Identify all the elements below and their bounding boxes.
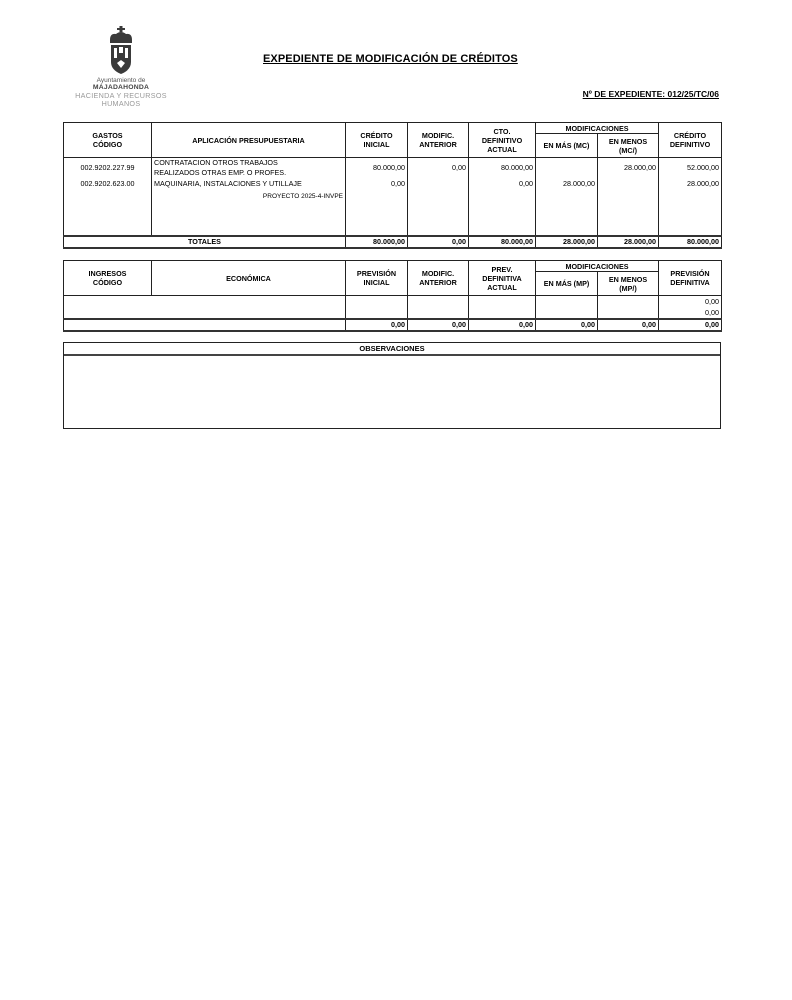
header-credito-inicial: CRÉDITOINICIAL bbox=[346, 123, 408, 158]
row-cto-definitivo: 80.000,00 bbox=[469, 158, 536, 179]
header-prevision-inicial: PREVISIÓNINICIAL bbox=[346, 261, 408, 296]
row-en-menos bbox=[598, 296, 659, 320]
totals-row: TOTALES 80.000,00 0,00 80.000,00 28.000,… bbox=[64, 236, 722, 248]
header-prev-definitiva: PREV.DEFINITIVAACTUAL bbox=[469, 261, 536, 296]
totals-label bbox=[64, 319, 346, 331]
total-prevision-definitiva: 0,00 bbox=[659, 319, 722, 331]
row-aplicacion: MAQUINARIA, INSTALACIONES Y UTILLAJEPROY… bbox=[152, 179, 346, 236]
row-credito-inicial: 80.000,00 bbox=[346, 158, 408, 179]
row-prevision-definitiva: 0,000,00 bbox=[659, 296, 722, 320]
row-credito-definitivo: 28.000,00 bbox=[659, 179, 722, 236]
ingresos-table: INGRESOSCÓDIGO ECONÓMICA PREVISIÓNINICIA… bbox=[63, 260, 722, 332]
row-prevision-inicial bbox=[346, 296, 408, 320]
total-en-mas: 28.000,00 bbox=[536, 236, 598, 248]
row-credito-inicial: 0,00 bbox=[346, 179, 408, 236]
total-modific-anterior: 0,00 bbox=[408, 319, 469, 331]
totals-label: TOTALES bbox=[64, 236, 346, 248]
header-prevision-definitiva: PREVISIÓNDEFINITIVA bbox=[659, 261, 722, 296]
total-prev-definitiva: 0,00 bbox=[469, 319, 536, 331]
row-cto-definitivo: 0,00 bbox=[469, 179, 536, 236]
header-modificaciones: MODIFICACIONES bbox=[536, 123, 659, 134]
logo-line-1: Ayuntamiento de bbox=[64, 77, 178, 84]
total-en-menos: 0,00 bbox=[598, 319, 659, 331]
logo: Ayuntamiento de MAJADAHONDA HACIENDA Y R… bbox=[64, 26, 178, 114]
header-economica: ECONÓMICA bbox=[152, 261, 346, 296]
row-codigo: 002.9202.623.00 bbox=[64, 179, 152, 236]
proyecto-label: PROYECTO 2025-4-INVPE bbox=[154, 192, 343, 202]
total-credito-definitivo: 80.000,00 bbox=[659, 236, 722, 248]
header-credito-definitivo: CRÉDITODEFINITIVO bbox=[659, 123, 722, 158]
row-modific-anterior bbox=[408, 179, 469, 236]
total-en-mas: 0,00 bbox=[536, 319, 598, 331]
row-en-menos bbox=[598, 179, 659, 236]
total-en-menos: 28.000,00 bbox=[598, 236, 659, 248]
header-gastos-codigo: GASTOSCÓDIGO bbox=[64, 123, 152, 158]
row-codigo: 002.9202.227.99 bbox=[64, 158, 152, 179]
total-cto-definitivo: 80.000,00 bbox=[469, 236, 536, 248]
header-modific-anterior: MODIFIC.ANTERIOR bbox=[408, 123, 469, 158]
table-row: 0,000,00 bbox=[64, 296, 722, 320]
row-economica bbox=[64, 296, 346, 320]
row-en-mas: 28.000,00 bbox=[536, 179, 598, 236]
row-credito-definitivo: 52.000,00 bbox=[659, 158, 722, 179]
table-row: 002.9202.227.99 CONTRATACION OTROS TRABA… bbox=[64, 158, 722, 179]
observaciones-header: OBSERVACIONES bbox=[64, 343, 720, 356]
row-en-mas bbox=[536, 296, 598, 320]
header-en-mas: EN MÁS (MP) bbox=[536, 272, 598, 296]
observaciones-box: OBSERVACIONES bbox=[63, 342, 721, 429]
row-modific-anterior: 0,00 bbox=[408, 158, 469, 179]
row-aplicacion: CONTRATACION OTROS TRABAJOSREALIZADOS OT… bbox=[152, 158, 346, 179]
logo-line-4: HUMANOS bbox=[64, 100, 178, 108]
header-cto-definitivo: CTO.DEFINITIVOACTUAL bbox=[469, 123, 536, 158]
row-prev-definitiva bbox=[469, 296, 536, 320]
coat-of-arms-icon bbox=[106, 26, 136, 76]
total-modific-anterior: 0,00 bbox=[408, 236, 469, 248]
header-ingresos-codigo: INGRESOSCÓDIGO bbox=[64, 261, 152, 296]
row-en-menos: 28.000,00 bbox=[598, 158, 659, 179]
total-prevision-inicial: 0,00 bbox=[346, 319, 408, 331]
header-en-menos: EN MENOS(MC/) bbox=[598, 134, 659, 158]
gastos-table: GASTOSCÓDIGO APLICACIÓN PRESUPUESTARIA C… bbox=[63, 122, 722, 249]
totals-row: 0,00 0,00 0,00 0,00 0,00 0,00 bbox=[64, 319, 722, 331]
header-modificaciones: MODIFICACIONES bbox=[536, 261, 659, 272]
expediente-number: Nº DE EXPEDIENTE: 012/25/TC/06 bbox=[583, 89, 719, 99]
row-en-mas bbox=[536, 158, 598, 179]
header-modific-anterior: MODIFIC.ANTERIOR bbox=[408, 261, 469, 296]
header-aplicacion: APLICACIÓN PRESUPUESTARIA bbox=[152, 123, 346, 158]
header-en-mas: EN MÁS (MC) bbox=[536, 134, 598, 158]
table-row: 002.9202.623.00 MAQUINARIA, INSTALACIONE… bbox=[64, 179, 722, 236]
row-modific-anterior bbox=[408, 296, 469, 320]
total-credito-inicial: 80.000,00 bbox=[346, 236, 408, 248]
page-title: EXPEDIENTE DE MODIFICACIÓN DE CRÉDITOS bbox=[263, 53, 518, 65]
header-en-menos: EN MENOS(MP/) bbox=[598, 272, 659, 296]
